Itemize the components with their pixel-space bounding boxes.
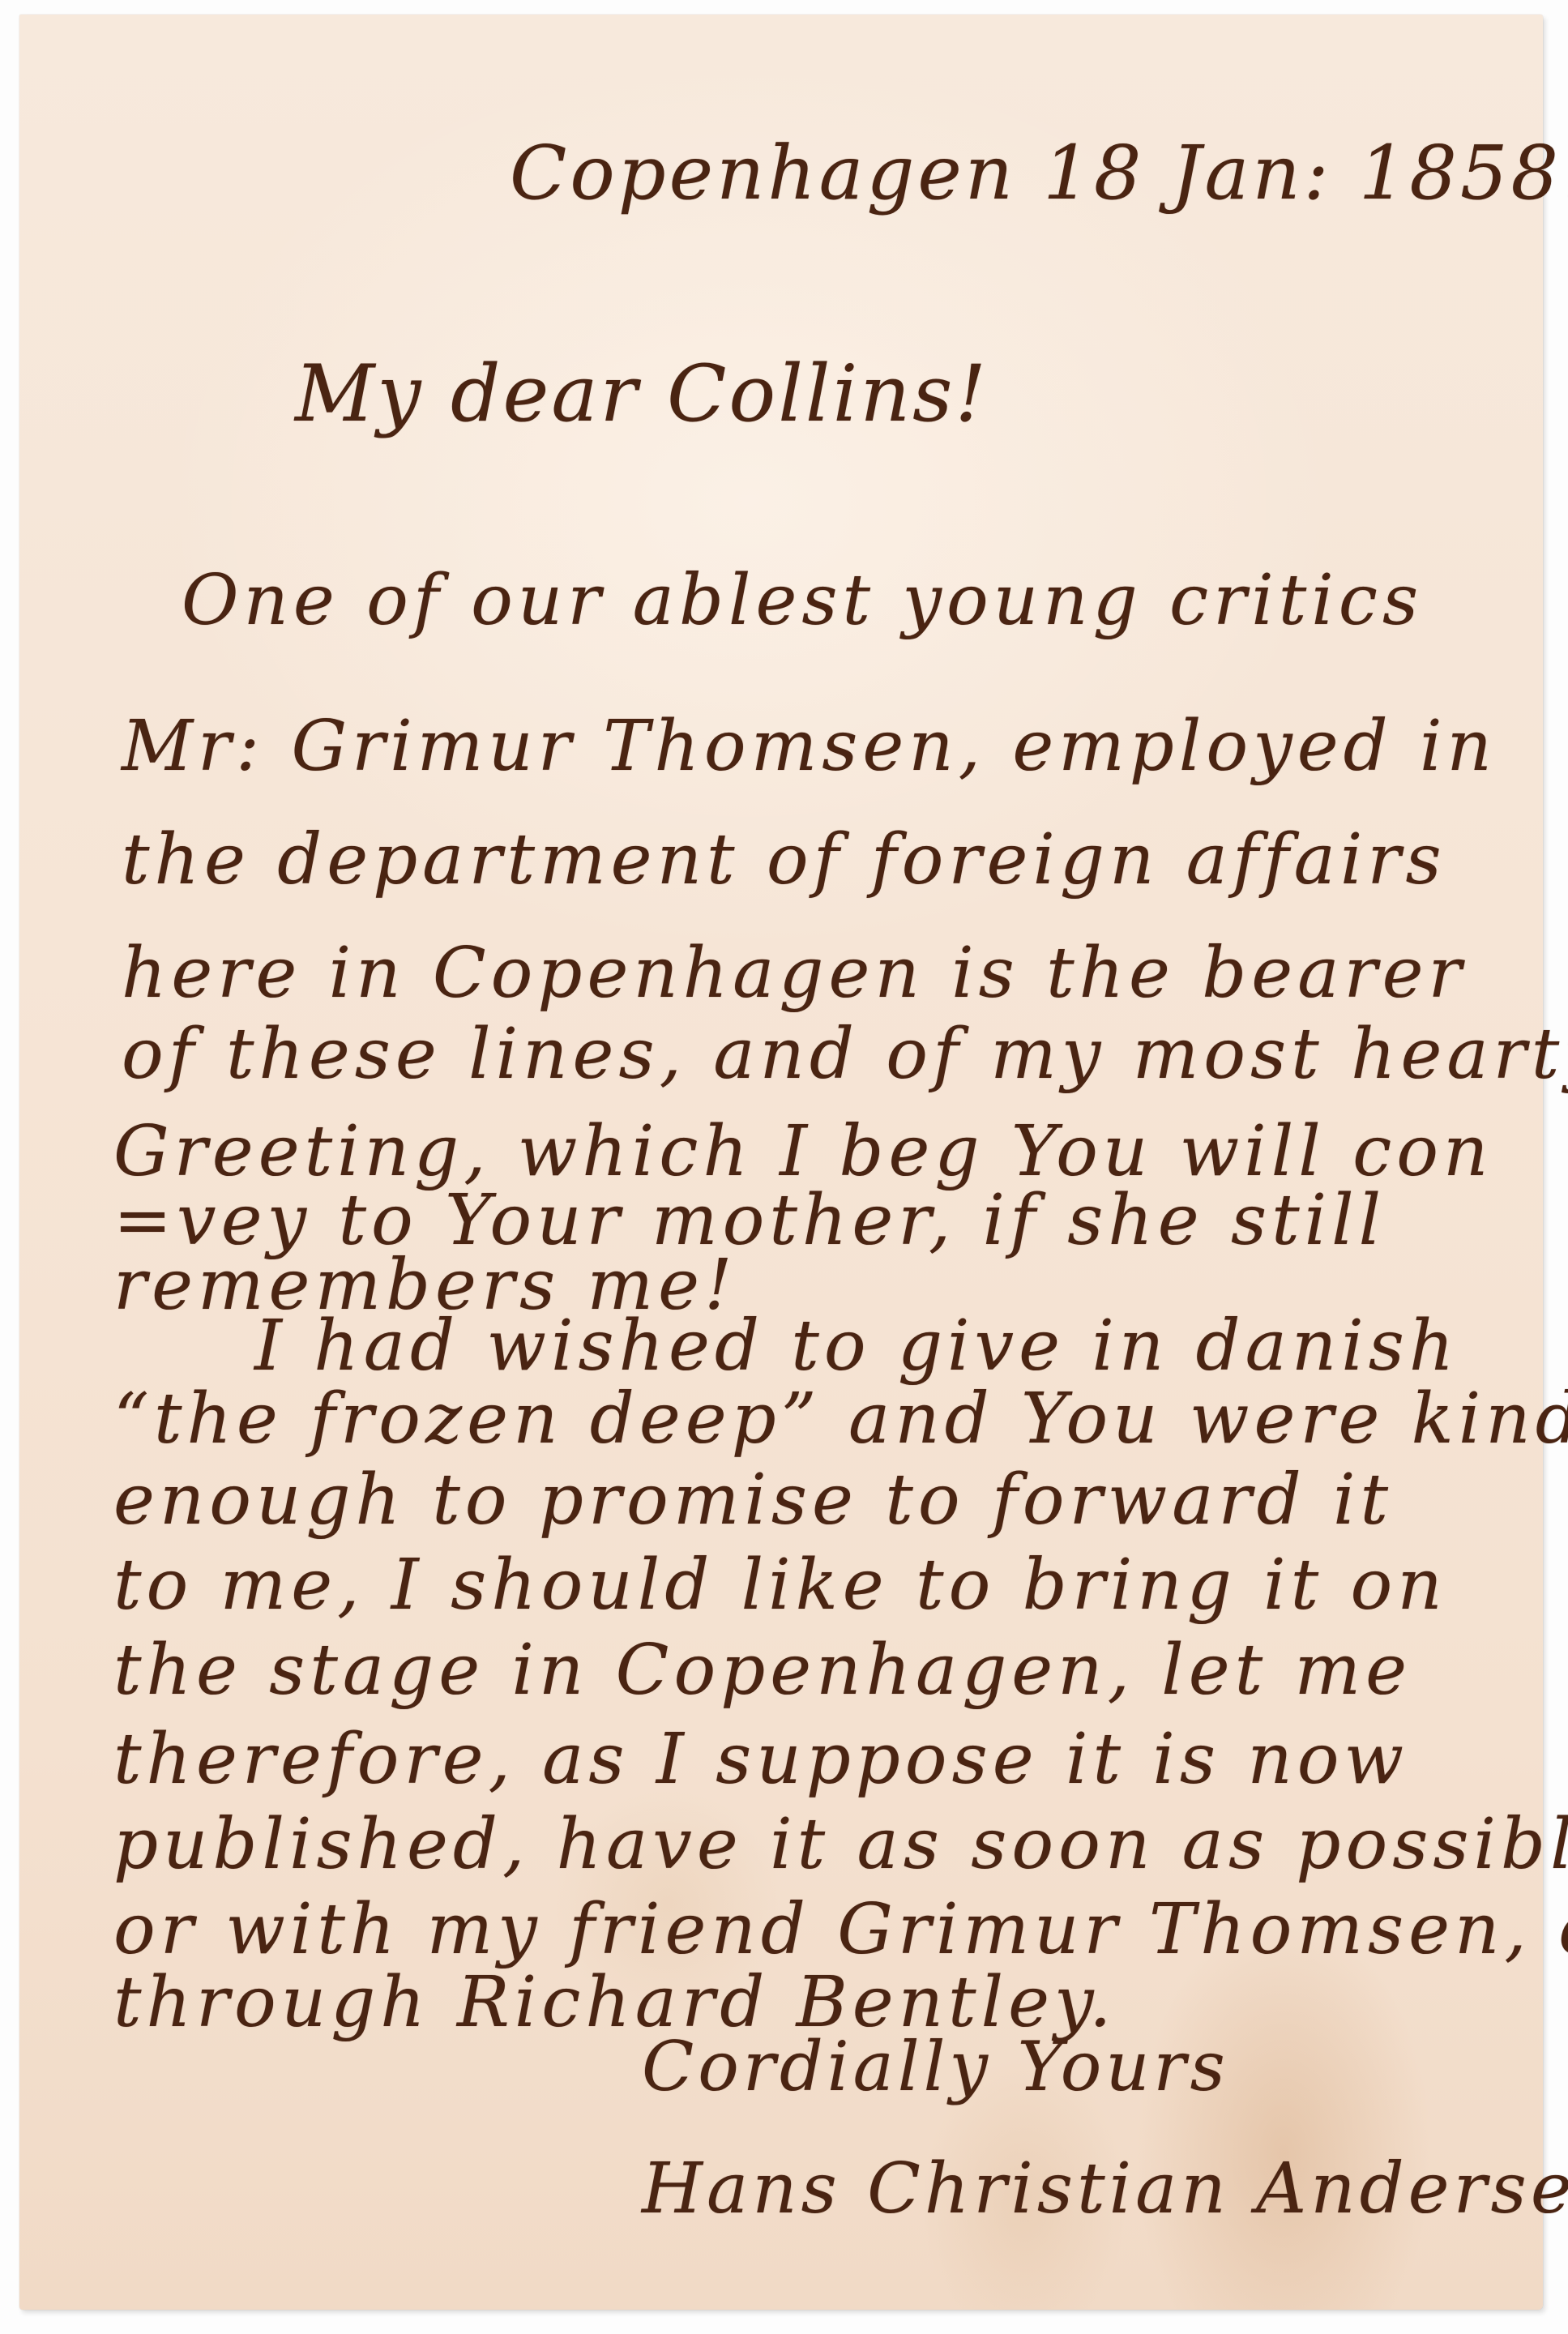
body-line: of these lines, and of my most hearty [122,1020,1568,1089]
body-line: the stage in Copenhagen, let me [113,1635,1412,1705]
signature: Hans Christian Andersen [642,2154,1568,2224]
body-line: Mr: Grimur Thomsen, employed in [122,712,1497,781]
body-line: I had wished to give in danish [254,1311,1459,1381]
body-line: Greeting, which I beg You will con [113,1117,1493,1186]
body-line: therefore, as I suppose it is now [113,1725,1408,1794]
body-line: published, have it as soon as possible [113,1810,1568,1879]
letter-page: Copenhagen 18 Jan: 1858. My dear Collins… [19,15,1543,2310]
closing: Cordially Yours [642,2033,1229,2101]
body-line: to me, I should like to bring it on [113,1550,1447,1620]
salutation: My dear Collins! [295,355,989,433]
body-line: One of our ablest young critics [182,566,1423,635]
body-line: here in Copenhagen is the bearer [122,938,1467,1008]
body-line: enough to promise to forward it [113,1465,1393,1535]
body-line: “the frozen deep” and You were kind [113,1384,1568,1454]
dateline: Copenhagen 18 Jan: 1858. [510,136,1568,211]
body-line: the department of foreign affairs [122,825,1446,895]
body-line: or with my friend Grimur Thomsen, or [113,1895,1568,1964]
